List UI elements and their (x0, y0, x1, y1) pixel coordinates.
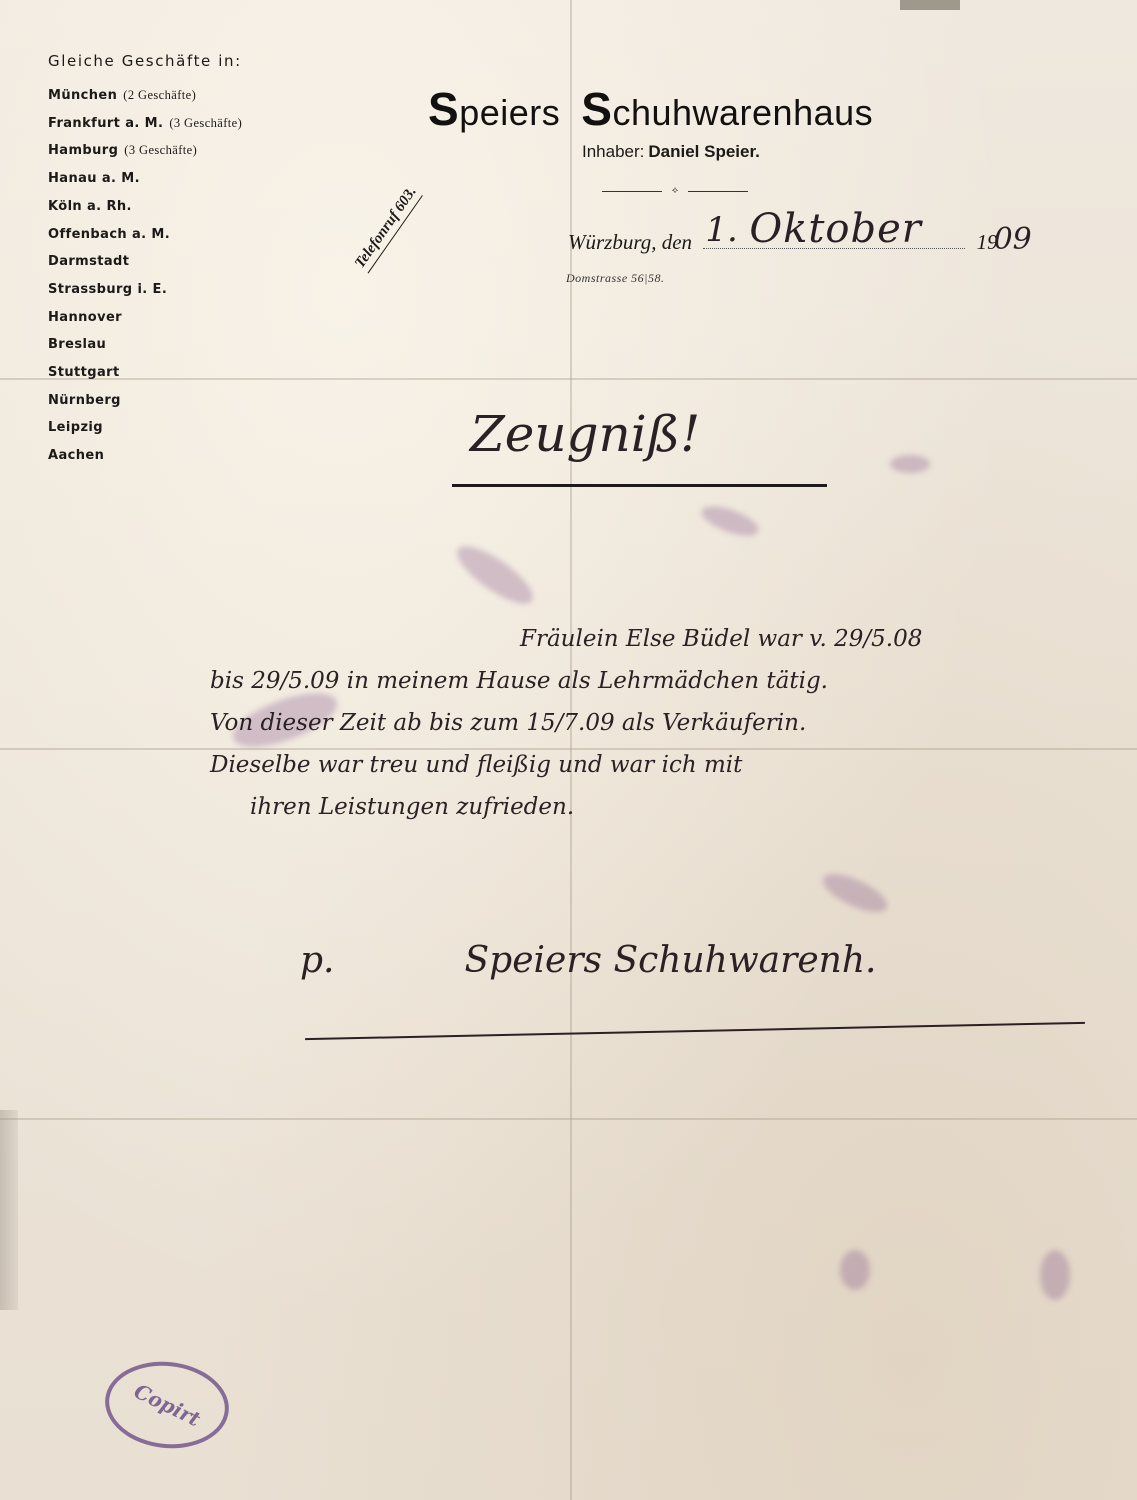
ornament-icon: ⟡ (662, 185, 688, 196)
body-line: Von dieser Zeit ab bis zum 15/7.09 als V… (210, 702, 1110, 744)
date-day: 1. (705, 210, 737, 250)
stamp-text: Copirt (130, 1379, 204, 1432)
ink-smudge (890, 455, 930, 473)
heading-underline (452, 484, 827, 487)
owner-line: Inhaber:Daniel Speier. (582, 142, 760, 162)
divider-ornament: ⟡ (602, 188, 748, 194)
signature-prefix: p. (300, 940, 335, 981)
branch-item: Frankfurt a. M.(3 Geschäfte) (48, 110, 242, 138)
branch-item: Hamburg(3 Geschäfte) (48, 137, 242, 165)
ink-smudge (1040, 1250, 1070, 1300)
branch-item: Aachen (48, 442, 242, 470)
body-line: ihren Leistungen zufrieden. (210, 786, 1110, 828)
body-line: Dieselbe war treu und fleißig und war ic… (210, 744, 1110, 786)
branch-item: Offenbach a. M. (48, 221, 242, 249)
signature-line: Speiers Schuhwarenh. (465, 940, 877, 981)
ink-smudge (840, 1250, 870, 1290)
fold-line-horizontal (0, 1118, 1137, 1120)
letter-body: Fräulein Else Büdel war v. 29/5.08 bis 2… (210, 618, 1110, 828)
torn-edge (0, 1110, 18, 1310)
body-line: bis 29/5.09 in meinem Hause als Lehrmädc… (210, 660, 1110, 702)
background-edge (900, 0, 960, 10)
branch-item: Strassburg i. E. (48, 276, 242, 304)
branch-item: Breslau (48, 331, 242, 359)
branch-item: Hannover (48, 304, 242, 332)
place-label: Würzburg, den (568, 230, 692, 254)
body-line: Fräulein Else Büdel war v. 29/5.08 (210, 618, 1110, 660)
branch-list-heading: Gleiche Geschäfte in: (48, 52, 242, 70)
branch-list: Gleiche Geschäfte in: München(2 Geschäft… (48, 52, 242, 470)
branch-item: Hanau a. M. (48, 165, 242, 193)
company-name: Speiers Schuhwarenhaus (428, 82, 873, 136)
branch-item: Köln a. Rh. (48, 193, 242, 221)
year-suffix: 09 (994, 222, 1032, 257)
street-address: Domstrasse 56|58. (566, 271, 664, 286)
branch-item: Leipzig (48, 414, 242, 442)
date-line: Würzburg, den 1. Oktober 1909 (568, 222, 1032, 257)
signature: p.Speiers Schuhwarenh. (300, 940, 876, 981)
branch-item: Darmstadt (48, 248, 242, 276)
date-month: Oktober (749, 206, 922, 252)
letter-heading: Zeugniß! (470, 405, 700, 463)
branch-item: München(2 Geschäfte) (48, 82, 242, 110)
branch-item: Nürnberg (48, 387, 242, 415)
date-field: 1. Oktober (703, 232, 965, 249)
branch-item: Stuttgart (48, 359, 242, 387)
